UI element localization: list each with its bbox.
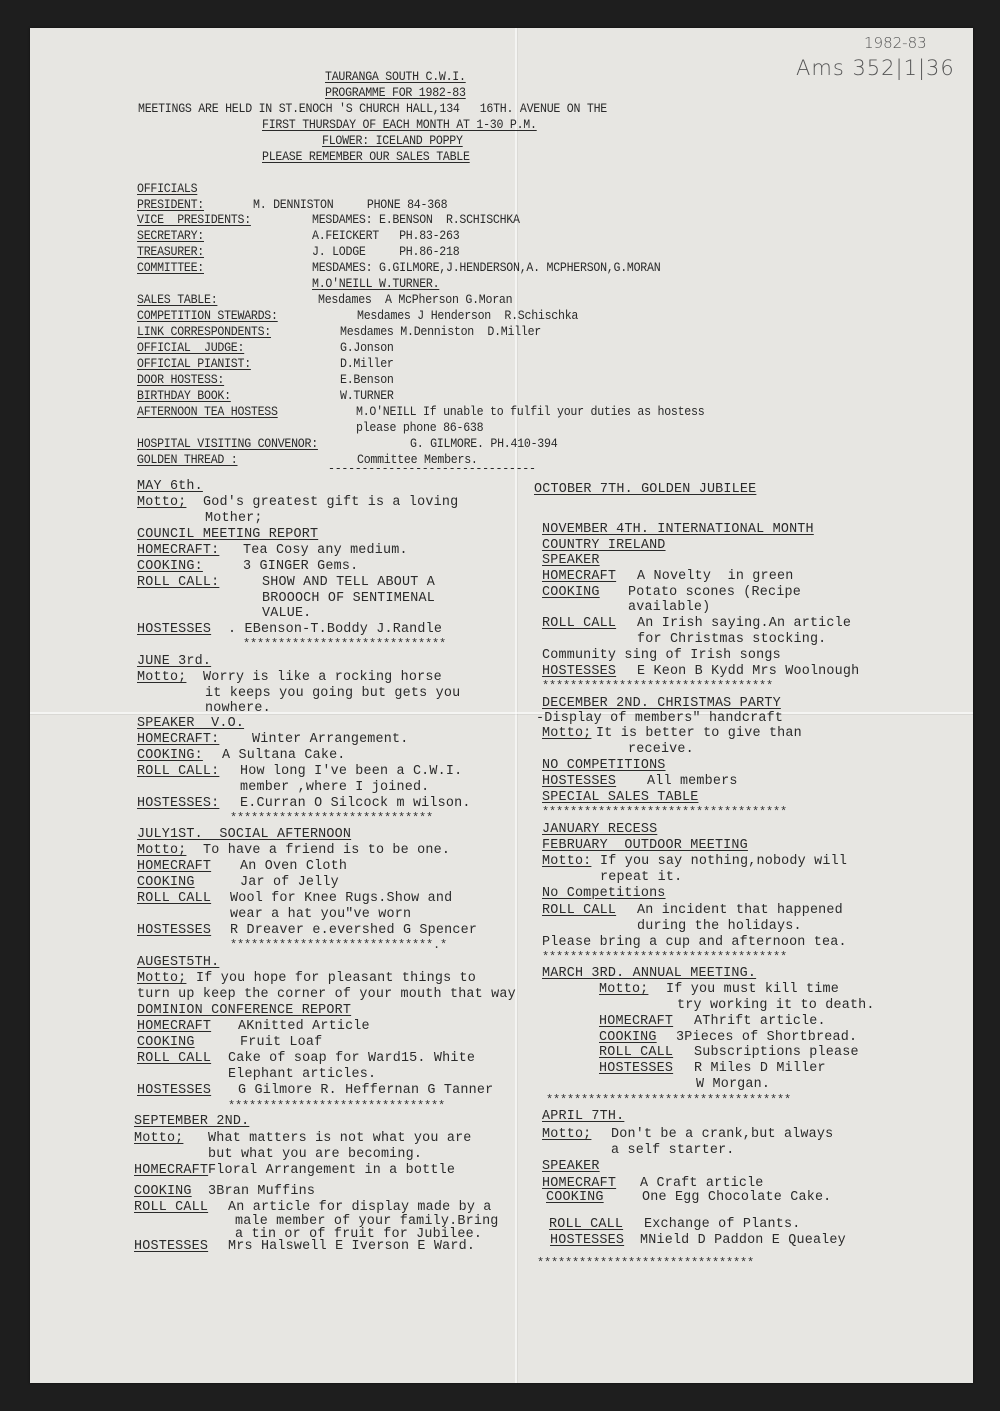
official-role: OFFICIAL JUDGE:	[137, 340, 244, 355]
field-value: Jar of Jelly	[240, 875, 339, 890]
separator-stars: *****************************.*	[230, 938, 447, 953]
field-label: HOMECRAFT:	[137, 732, 219, 747]
field-label: Motto:	[542, 854, 591, 869]
officials-heading: OFFICIALS	[137, 181, 197, 196]
field-value: A Sultana Cake.	[222, 748, 346, 763]
field-value: Wool for Knee Rugs.Show and	[230, 891, 452, 906]
field-value: 3 GINGER Gems.	[243, 559, 358, 574]
field-value: Winter Arrangement.	[252, 732, 408, 747]
field-label: ROLL CALL	[137, 1051, 211, 1066]
field-value: . EBenson-T.Boddy J.Randle	[228, 622, 442, 637]
official-role: GOLDEN THREAD :	[137, 452, 238, 467]
meeting-place: MEETINGS ARE HELD IN ST.ENOCH 'S CHURCH …	[138, 101, 607, 116]
separator-stars: *********************************	[542, 679, 773, 694]
speaker: SPEAKER	[542, 553, 600, 568]
field-value: R Miles D Miller	[694, 1061, 826, 1076]
field-label: COOKING	[546, 1190, 604, 1205]
field-value: 3Bran Muffins	[208, 1184, 315, 1199]
official-role: PRESIDENT:	[137, 197, 204, 212]
field-value: It is better to give than	[596, 726, 802, 741]
field-value: To have a friend is to be one.	[203, 843, 450, 858]
field-value: E Keon B Kydd Mrs Woolnough	[637, 664, 859, 679]
field-value: Worry is like a rocking horse	[203, 670, 442, 685]
field-label: HOSTESSES	[542, 774, 616, 789]
official-name: G.Jonson	[340, 340, 394, 355]
field-label: HOMECRAFT	[134, 1163, 208, 1178]
field-label: HOMECRAFT	[137, 1019, 211, 1034]
official-role: BIRTHDAY BOOK:	[137, 388, 231, 403]
month-heading-october: OCTOBER 7TH. GOLDEN JUBILEE	[534, 482, 756, 497]
field-value: SHOW AND TELL ABOUT A	[262, 575, 435, 590]
field-value: 3Pieces of Shortbread.	[676, 1030, 857, 1045]
official-role: LINK CORRESPONDENTS:	[137, 324, 271, 339]
field-label: Motto;	[599, 982, 648, 997]
field-label: ROLL CALL:	[137, 764, 219, 779]
official-role: DOOR HOSTESS:	[137, 372, 224, 387]
field-value: What matters is not what you are	[208, 1131, 472, 1146]
official-name: please phone 86-638	[356, 420, 483, 435]
field-label: HOSTESSES	[542, 664, 616, 679]
field-value: A Craft article	[640, 1176, 764, 1191]
text-line: BROOOCH OF SENTIMENAL	[262, 591, 435, 606]
speaker: SPEAKER	[542, 1159, 600, 1174]
speaker: SPEAKER V.O.	[137, 716, 244, 731]
field-value: God's greatest gift is a loving	[203, 495, 458, 510]
competitions-note: No Competitions	[542, 886, 666, 901]
text-line: a self starter.	[611, 1143, 735, 1158]
month-heading-april: APRIL 7TH.	[542, 1109, 624, 1124]
field-value: Tea Cosy any medium.	[243, 543, 408, 558]
field-value: Fruit Loaf	[240, 1035, 322, 1050]
field-label: HOMECRAFT	[542, 1176, 616, 1191]
field-label: ROLL CALL	[599, 1045, 673, 1060]
text-line: for Christmas stocking.	[637, 632, 826, 647]
field-value: Cake of soap for Ward15. White	[228, 1051, 475, 1066]
field-value: G Gilmore R. Heffernan G Tanner	[238, 1083, 493, 1098]
country: COUNTRY IRELAND	[542, 538, 666, 553]
field-label: ROLL CALL	[549, 1217, 623, 1232]
field-value: AKnitted Article	[238, 1019, 370, 1034]
field-value: All members	[647, 774, 738, 789]
field-value: An incident that happened	[637, 903, 843, 918]
field-value: E.Curran O Silcock m wilson.	[240, 796, 471, 811]
motto-text: Mother;	[205, 511, 263, 526]
month-heading-may: MAY 6th.	[137, 479, 203, 494]
official-name: Mesdames M.Denniston D.Miller	[340, 324, 541, 339]
field-label: ROLL CALL	[134, 1200, 208, 1215]
month-heading-september: SEPTEMBER 2ND.	[134, 1114, 249, 1129]
text-line: repeat it.	[600, 870, 682, 885]
field-value: If you hope for pleasant things to	[196, 971, 476, 986]
month-heading-july: JULY1ST. SOCIAL AFTERNOON	[137, 827, 351, 842]
field-value: Floral Arrangement in a bottle	[208, 1163, 455, 1178]
field-value: An Oven Cloth	[240, 859, 347, 874]
month-heading-february: FEBRUARY OUTDOOR MEETING	[542, 838, 748, 853]
official-name: Mesdames J Henderson R.Schischka	[357, 308, 578, 323]
month-heading-august: AUGEST5TH.	[137, 955, 219, 970]
text-line: it keeps you going but gets you	[205, 686, 460, 701]
separator-stars: ***********************************	[542, 950, 787, 965]
field-value: Exchange of Plants.	[644, 1217, 800, 1232]
field-label: HOMECRAFT	[137, 859, 211, 874]
field-label: HOSTESSES:	[137, 796, 219, 811]
official-role: SALES TABLE:	[137, 292, 217, 307]
field-label: Motto;	[137, 843, 186, 858]
field-label: Motto;	[137, 971, 186, 986]
field-label: ROLL CALL	[137, 891, 211, 906]
handwritten-year: 1982-83	[864, 34, 927, 52]
official-role: COMMITTEE:	[137, 260, 204, 275]
fold-crease-horizontal	[30, 712, 973, 714]
text-line: available)	[628, 600, 710, 615]
text-line: Elephant articles.	[228, 1067, 376, 1082]
official-name: M. DENNISTON PHONE 84-368	[253, 197, 447, 212]
official-name: M.O'NEILL If unable to fulfil your dutie…	[356, 404, 704, 419]
field-label: HOSTESSES	[137, 622, 211, 637]
field-label: Motto;	[134, 1131, 183, 1146]
field-value: R Dreaver e.evershed G Spencer	[230, 923, 477, 938]
field-label: COOKING:	[137, 748, 203, 763]
field-value: How long I've been a C.W.I.	[240, 764, 462, 779]
official-name: A.FEICKERT PH.83-263	[312, 228, 459, 243]
text-line: W Morgan.	[696, 1077, 770, 1092]
official-role: VICE PRESIDENTS:	[137, 212, 251, 227]
meeting-time: FIRST THURSDAY OF EACH MONTH AT 1-30 P.M…	[262, 117, 537, 132]
field-value: A Novelty in green	[637, 569, 793, 584]
field-label: HOSTESSES	[137, 1083, 211, 1098]
separator-stars: *******************************	[537, 1256, 754, 1271]
official-role: OFFICIAL PIANIST:	[137, 356, 251, 371]
official-role: AFTERNOON TEA HOSTESS	[137, 404, 278, 419]
official-role: SECRETARY:	[137, 228, 204, 243]
field-label: COOKING	[137, 1035, 195, 1050]
field-label: HOSTESSES	[550, 1233, 624, 1248]
field-value: One Egg Chocolate Cake.	[642, 1190, 831, 1205]
field-label: ROLL CALL	[542, 616, 616, 631]
field-label: HOSTESSES	[137, 923, 211, 938]
field-label: Motto;	[542, 1127, 591, 1142]
text-line: member ,where I joined.	[240, 780, 429, 795]
field-label: Motto;	[542, 726, 591, 741]
official-name: G. GILMORE. PH.410-394	[410, 436, 557, 451]
meeting-report: COUNCIL MEETING REPORT	[137, 527, 318, 542]
text-line: turn up keep the corner of your mouth th…	[137, 987, 516, 1002]
field-label: COOKING	[542, 585, 600, 600]
separator-stars: *****************************	[243, 637, 446, 652]
field-value: Don't be a crank,but always	[611, 1127, 833, 1142]
competitions-note: NO COMPETITIONS	[542, 758, 666, 773]
text-line: VALUE.	[262, 606, 311, 621]
field-value: An Irish saying.An article	[637, 616, 851, 631]
official-name: J. LODGE PH.86-218	[312, 244, 459, 259]
field-label: COOKING	[599, 1030, 657, 1045]
field-label: COOKING	[134, 1184, 192, 1199]
official-role: HOSPITAL VISITING CONVENOR:	[137, 436, 318, 451]
field-value: If you must kill time	[666, 982, 839, 997]
field-label: Motto;	[137, 670, 186, 685]
handwritten-reference: Ams 352|1|36	[796, 56, 955, 80]
field-label: HOMECRAFT	[542, 569, 616, 584]
official-name: E.Benson	[340, 372, 394, 387]
field-label: COOKING	[137, 875, 195, 890]
text-line: wear a hat you"ve worn	[230, 907, 411, 922]
field-value: Subscriptions please	[694, 1045, 859, 1060]
text-line: try working it to death.	[677, 998, 875, 1013]
text-line: receive.	[628, 742, 694, 757]
fold-crease-vertical	[515, 28, 517, 1383]
field-label: ROLL CALL:	[137, 575, 219, 590]
separator-stars: ***********************************	[542, 805, 787, 820]
official-role: COMPETITION STEWARDS:	[137, 308, 278, 323]
month-heading-march: MARCH 3RD. ANNUAL MEETING.	[542, 966, 756, 981]
field-label: HOMECRAFT	[599, 1014, 673, 1029]
official-name: D.Miller	[340, 356, 394, 371]
display-note: -Display of members" handcraft	[536, 711, 783, 726]
meeting-report: DOMINION CONFERENCE REPORT	[137, 1003, 351, 1018]
field-label: COOKING:	[137, 559, 203, 574]
field-value: An article for display made by a	[228, 1200, 492, 1215]
field-value: If you say nothing,nobody will	[600, 854, 847, 869]
officials-separator: -------------------------------	[328, 461, 536, 476]
field-value: MNield D Paddon E Quealey	[640, 1233, 846, 1248]
official-name: Mesdames A McPherson G.Moran	[318, 292, 512, 307]
field-value: Potato scones (Recipe	[628, 585, 801, 600]
document-title: TAURANGA SOUTH C.W.I.	[325, 69, 466, 84]
official-role: TREASURER:	[137, 244, 204, 259]
text-line: but what you are becoming.	[208, 1147, 422, 1162]
field-label: HOMECRAFT:	[137, 543, 219, 558]
tea-note: Please bring a cup and afternoon tea.	[542, 935, 847, 950]
field-value: AThrift article.	[694, 1014, 826, 1029]
month-heading-june: JUNE 3rd.	[137, 654, 211, 669]
sales-note: SPECIAL SALES TABLE	[542, 790, 698, 805]
month-heading-november: NOVEMBER 4TH. INTERNATIONAL MONTH	[542, 522, 814, 537]
club-flower: FLOWER: ICELAND POPPY	[322, 133, 463, 148]
document-subtitle: PROGRAMME FOR 1982-83	[325, 85, 466, 100]
text-line: nowhere.	[205, 701, 271, 716]
community-note: Community sing of Irish songs	[542, 648, 781, 663]
official-name: M.O'NEILL W.TURNER.	[312, 276, 439, 291]
separator-stars: ***********************************	[546, 1093, 791, 1108]
month-heading-january: JANUARY RECESS	[542, 822, 657, 837]
field-value: Mrs Halswell E Iverson E Ward.	[228, 1239, 475, 1254]
month-heading-december: DECEMBER 2ND. CHRISTMAS PARTY	[542, 696, 781, 711]
field-label: HOSTESSES	[599, 1061, 673, 1076]
sales-reminder: PLEASE REMEMBER OUR SALES TABLE	[262, 149, 470, 164]
field-label: HOSTESSES	[134, 1239, 208, 1254]
separator-stars: *****************************	[230, 811, 433, 826]
field-label: Motto;	[137, 495, 186, 510]
field-label: ROLL CALL	[542, 903, 616, 918]
official-name: W.TURNER	[340, 388, 394, 403]
official-name: MESDAMES: G.GILMORE,J.HENDERSON,A. MCPHE…	[312, 260, 660, 275]
separator-stars: *******************************	[228, 1099, 445, 1114]
official-name: MESDAMES: E.BENSON R.SCHISCHKA	[312, 212, 520, 227]
text-line: during the holidays.	[637, 919, 802, 934]
